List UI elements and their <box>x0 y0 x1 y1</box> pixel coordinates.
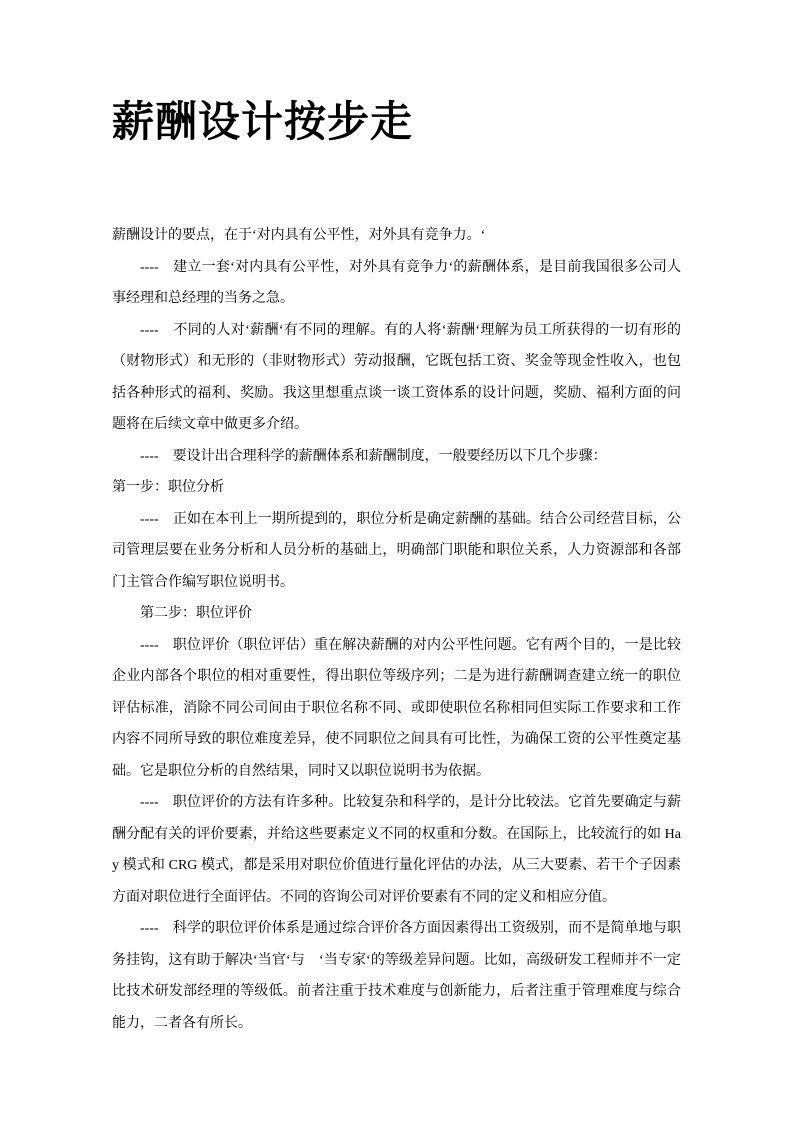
document-page: 薪酬设计按步走 薪酬设计的要点，在于‘对内具有公平性，对外具有竞争力。‘----… <box>0 0 793 1122</box>
paragraph: ---- 要设计出合理科学的薪酬体系和薪酬制度，一般要经历以下几个步骤： <box>112 441 681 473</box>
paragraph: 第一步：职位分析 <box>112 472 681 504</box>
paragraph: 第二步：职位评价 <box>112 598 681 630</box>
page-title: 薪酬设计按步走 <box>112 94 681 152</box>
paragraph: ---- 不同的人对‘薪酬‘有不同的理解。有的人将‘薪酬‘理解为员工所获得的一切… <box>112 315 681 441</box>
paragraph: ---- 职位评价的方法有许多种。比较复杂和科学的，是计分比较法。它首先要确定与… <box>112 787 681 913</box>
paragraph: ---- 科学的职位评价体系是通过综合评价各方面因素得出工资级别，而不是简单地与… <box>112 913 681 1039</box>
paragraph: ---- 建立一套‘对内具有公平性，对外具有竞争力‘的薪酬体系，是目前我国很多公… <box>112 252 681 315</box>
paragraph: 薪酬设计的要点，在于‘对内具有公平性，对外具有竞争力。‘ <box>112 220 681 252</box>
paragraph: ---- 正如在本刊上一期所提到的，职位分析是确定薪酬的基础。结合公司经营目标，… <box>112 504 681 599</box>
paragraph: ---- 职位评价（职位评估）重在解决薪酬的对内公平性问题。它有两个目的，一是比… <box>112 630 681 788</box>
document-body: 薪酬设计的要点，在于‘对内具有公平性，对外具有竞争力。‘---- 建立一套‘对内… <box>112 220 681 1039</box>
